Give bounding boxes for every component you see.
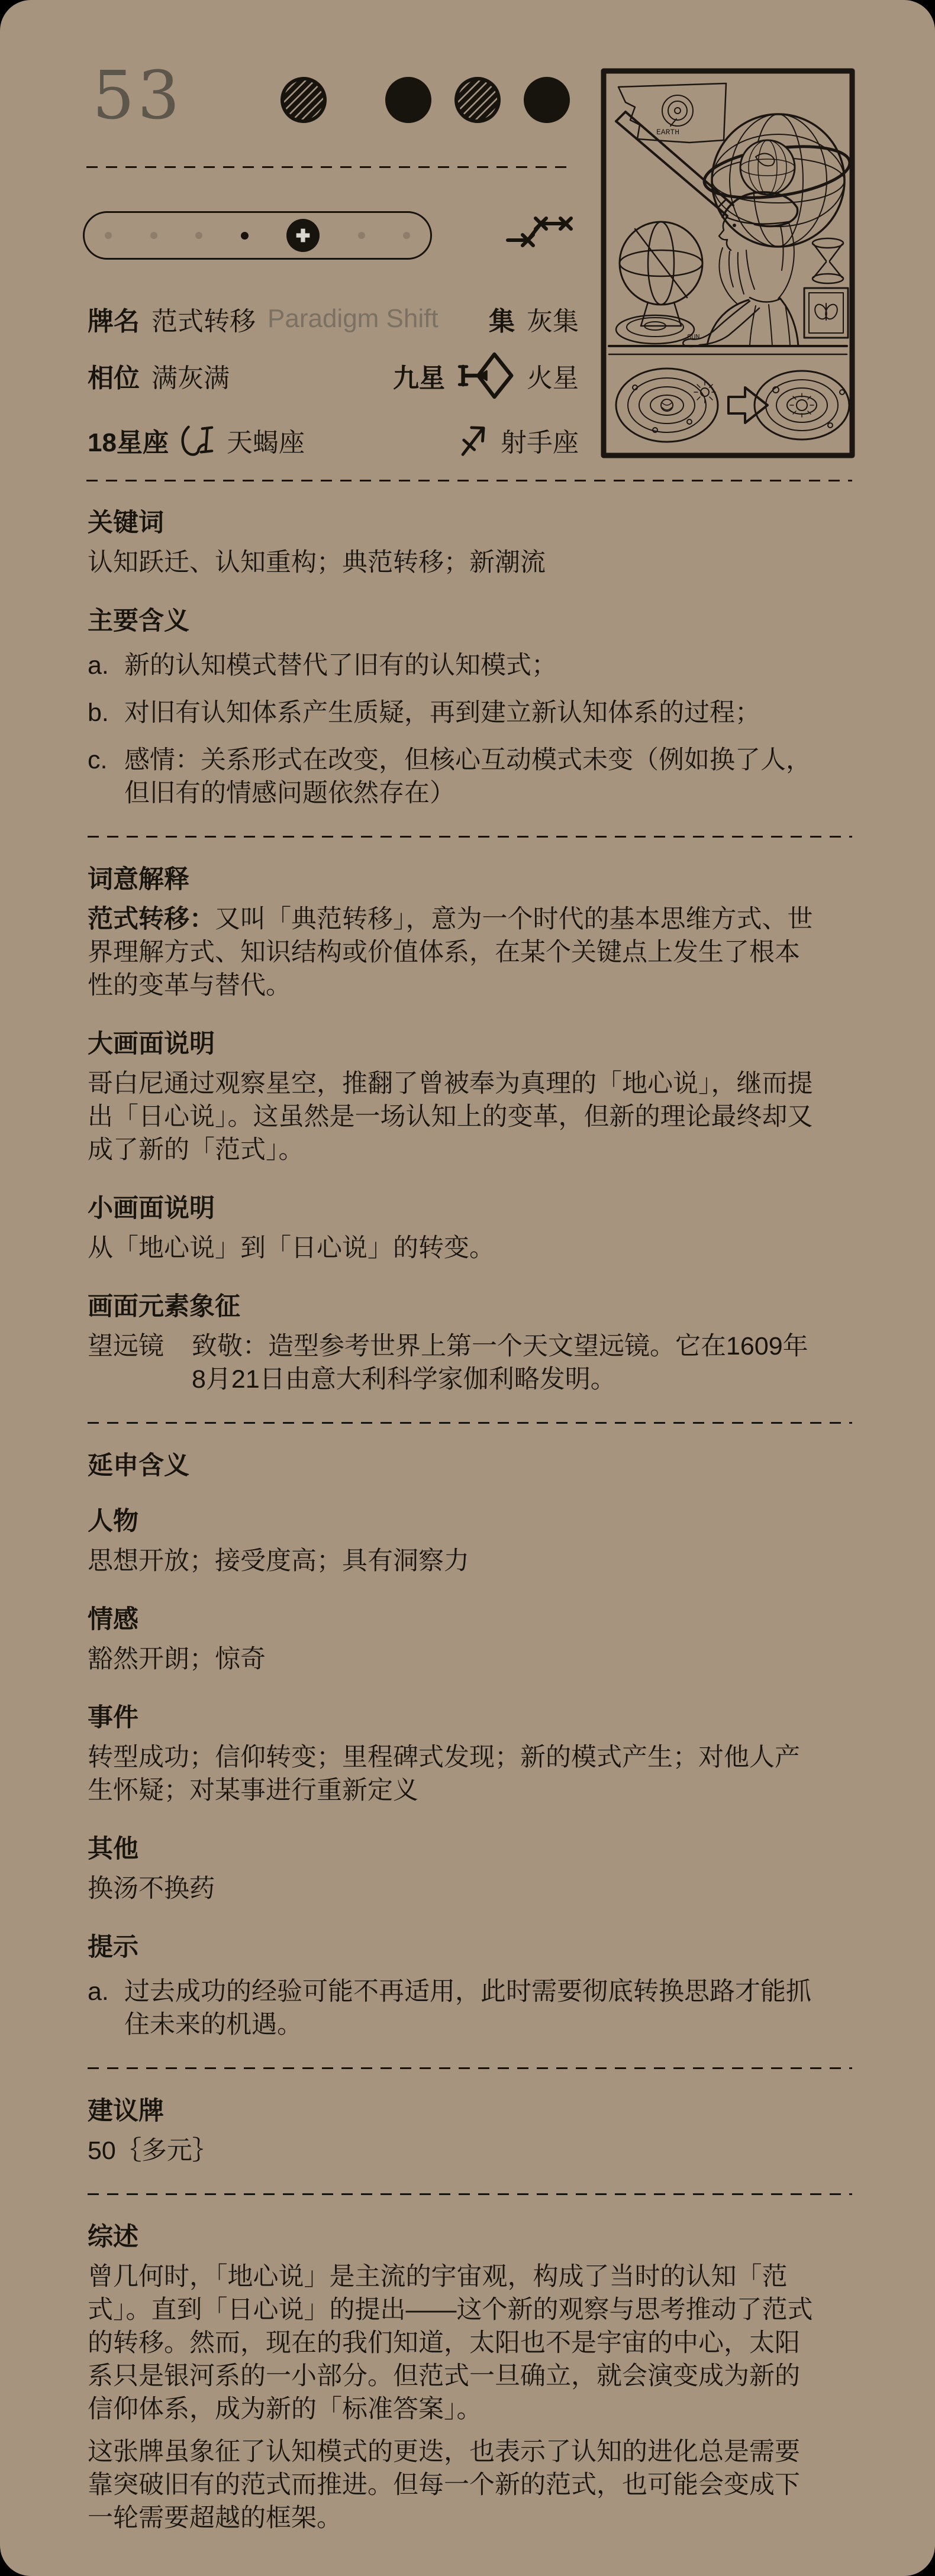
phase-dot-hatched-icon — [279, 76, 328, 124]
list-marker: b. — [88, 696, 124, 729]
list-item: a.过去成功的经验可能不再适用，此时需要彻底转换思路才能抓住未来的机遇。 — [88, 1975, 821, 2041]
card-number: 53 — [92, 63, 183, 129]
list-item: a.新的认知模式替代了旧有的认知模式； — [88, 649, 821, 682]
phase-value: 满灰满 — [151, 357, 230, 395]
dashed-separator — [88, 836, 852, 838]
section-heading: 大画面说明 — [88, 1030, 821, 1058]
section-heading: 综述 — [88, 2223, 821, 2251]
art-label-earth: EARTH — [656, 128, 679, 137]
phase-dot-solid-icon — [384, 76, 433, 124]
dashed-separator — [88, 1422, 852, 1424]
plus-icon — [294, 226, 312, 245]
symbol-text: 致敬：造型参考世界上第一个天文望远镜。它在1609年8月21日由意大利科学家伽利… — [192, 1330, 821, 1396]
section-heading: 建议牌 — [88, 2097, 821, 2125]
symbol-label: 望远镜 — [88, 1330, 192, 1396]
info-row-zodiac: 18星座 天蝎座 — [88, 418, 579, 463]
section-heading: 人物 — [88, 1508, 821, 1535]
slider-dot[interactable] — [403, 232, 410, 239]
phase-label: 相位 — [88, 357, 140, 395]
art-label-sun: SUN — [687, 333, 700, 341]
section-heading: 关键词 — [88, 509, 821, 536]
card-info: 牌名 范式转移 Paradigm Shift 集 灰集 相位 满灰满 九星 — [88, 300, 579, 463]
slider-dot[interactable] — [150, 232, 157, 239]
section-heading: 词意解释 — [88, 866, 821, 893]
list-marker: a. — [88, 1975, 124, 2041]
zodiac-label: 18星座 — [88, 421, 169, 459]
name-english: Paradigm Shift — [267, 304, 439, 334]
dashed-separator — [88, 2067, 852, 2069]
list-text: 对旧有认知体系产生质疑，再到建立新认知体系的过程； — [124, 696, 821, 729]
phase-dots — [279, 76, 571, 124]
paragraph: 这张牌虽象征了认知模式的更迭，也表示了认知的进化总是需要靠突破旧有的范式而推进。… — [88, 2435, 821, 2535]
tarot-card-page: 53 EARTH — [0, 0, 935, 2576]
section-heading: 情感 — [88, 1606, 821, 1633]
zodiac-value: 天蝎座 — [227, 421, 305, 459]
level-slider[interactable] — [83, 211, 432, 260]
set-value: 灰集 — [527, 300, 579, 338]
trend-arrow-icon — [504, 214, 575, 252]
lettered-list: a.过去成功的经验可能不再适用，此时需要彻底转换思路才能抓住未来的机遇。 — [88, 1975, 821, 2041]
paragraph: 换汤不换药 — [88, 1872, 821, 1905]
paragraph-lead: 范式转移： — [88, 905, 215, 933]
set-label: 集 — [489, 300, 515, 338]
card-artwork: EARTH — [601, 68, 855, 458]
name-value: 范式转移 — [151, 300, 256, 338]
info-row-phase: 相位 满灰满 九星 火星 — [88, 357, 579, 394]
section-heading: 画面元素象征 — [88, 1293, 821, 1320]
dashed-separator — [88, 2193, 852, 2195]
list-text: 新的认知模式替代了旧有的认知模式； — [124, 649, 821, 682]
lettered-list: a.新的认知模式替代了旧有的认知模式；b.对旧有认知体系产生质疑，再到建立新认知… — [88, 649, 821, 810]
paragraph: 50｛多元｝ — [88, 2134, 821, 2167]
section-heading: 提示 — [88, 1934, 821, 1961]
dashed-separator — [86, 480, 852, 481]
section-heading: 其他 — [88, 1835, 821, 1863]
slider-dot[interactable] — [241, 232, 249, 240]
zodiac2-value: 射手座 — [501, 421, 579, 459]
list-text: 感情：关系形式在改变，但核心互动模式未变（例如换了人，但旧有的情感问题依然存在） — [124, 744, 821, 810]
sagittarius-icon — [458, 421, 489, 459]
list-item: c.感情：关系形式在改变，但核心互动模式未变（例如换了人，但旧有的情感问题依然存… — [88, 744, 821, 810]
section-heading: 主要含义 — [88, 607, 821, 635]
slider-track[interactable] — [85, 219, 430, 252]
paragraph: 曾几何时，「地心说」是主流的宇宙观，构成了当时的认知「范式」。直到「日心说」的提… — [88, 2260, 821, 2426]
list-text: 过去成功的经验可能不再适用，此时需要彻底转换思路才能抓住未来的机遇。 — [124, 1975, 821, 2041]
paragraph: 思想开放；接受度高；具有洞察力 — [88, 1544, 821, 1578]
slider-dot[interactable] — [195, 232, 202, 239]
phase-dot-solid-icon — [523, 76, 571, 124]
phase-dot-hatched-icon — [453, 76, 502, 124]
name-label: 牌名 — [88, 300, 140, 338]
paragraph: 范式转移：又叫「典范转移」，意为一个时代的基本思维方式、世界理解方式、知识结构或… — [88, 903, 821, 1002]
section-heading: 延申含义 — [88, 1452, 821, 1479]
paragraph: 哥白尼通过观察星空，推翻了曾被奉为真理的「地心说」，继而提出「日心说」。这虽然是… — [88, 1067, 821, 1166]
paragraph: 从「地心说」到「日心说」的转变。 — [88, 1232, 821, 1265]
section-heading: 事件 — [88, 1704, 821, 1731]
slider-dot[interactable] — [105, 232, 112, 239]
section-heading: 小画面说明 — [88, 1195, 821, 1222]
info-row-name: 牌名 范式转移 Paradigm Shift 集 灰集 — [88, 300, 579, 337]
sections: 关键词认知跃迁、认知重构；典范转移；新潮流主要含义a.新的认知模式替代了旧有的认… — [88, 500, 821, 2535]
slider-plus-button[interactable] — [286, 219, 320, 252]
list-item: b.对旧有认知体系产生质疑，再到建立新认知体系的过程； — [88, 696, 821, 729]
paragraph: 转型成功；信仰转变；里程碑式发现；新的模式产生；对他人产生怀疑；对某事进行重新定… — [88, 1741, 821, 1807]
dashed-separator — [86, 166, 567, 168]
ninestar-value: 火星 — [527, 357, 579, 395]
symbol-row: 望远镜致敬：造型参考世界上第一个天文望远镜。它在1609年8月21日由意大利科学… — [88, 1330, 821, 1396]
paragraph: 认知跃迁、认知重构；典范转移；新潮流 — [88, 546, 821, 579]
mars-diamond-icon — [457, 350, 515, 402]
list-marker: c. — [88, 744, 124, 810]
scorpio-icon — [180, 422, 215, 458]
slider-dot[interactable] — [358, 232, 365, 239]
paragraph: 豁然开朗；惊奇 — [88, 1643, 821, 1676]
list-marker: a. — [88, 649, 124, 682]
ninestar-label: 九星 — [393, 357, 445, 395]
